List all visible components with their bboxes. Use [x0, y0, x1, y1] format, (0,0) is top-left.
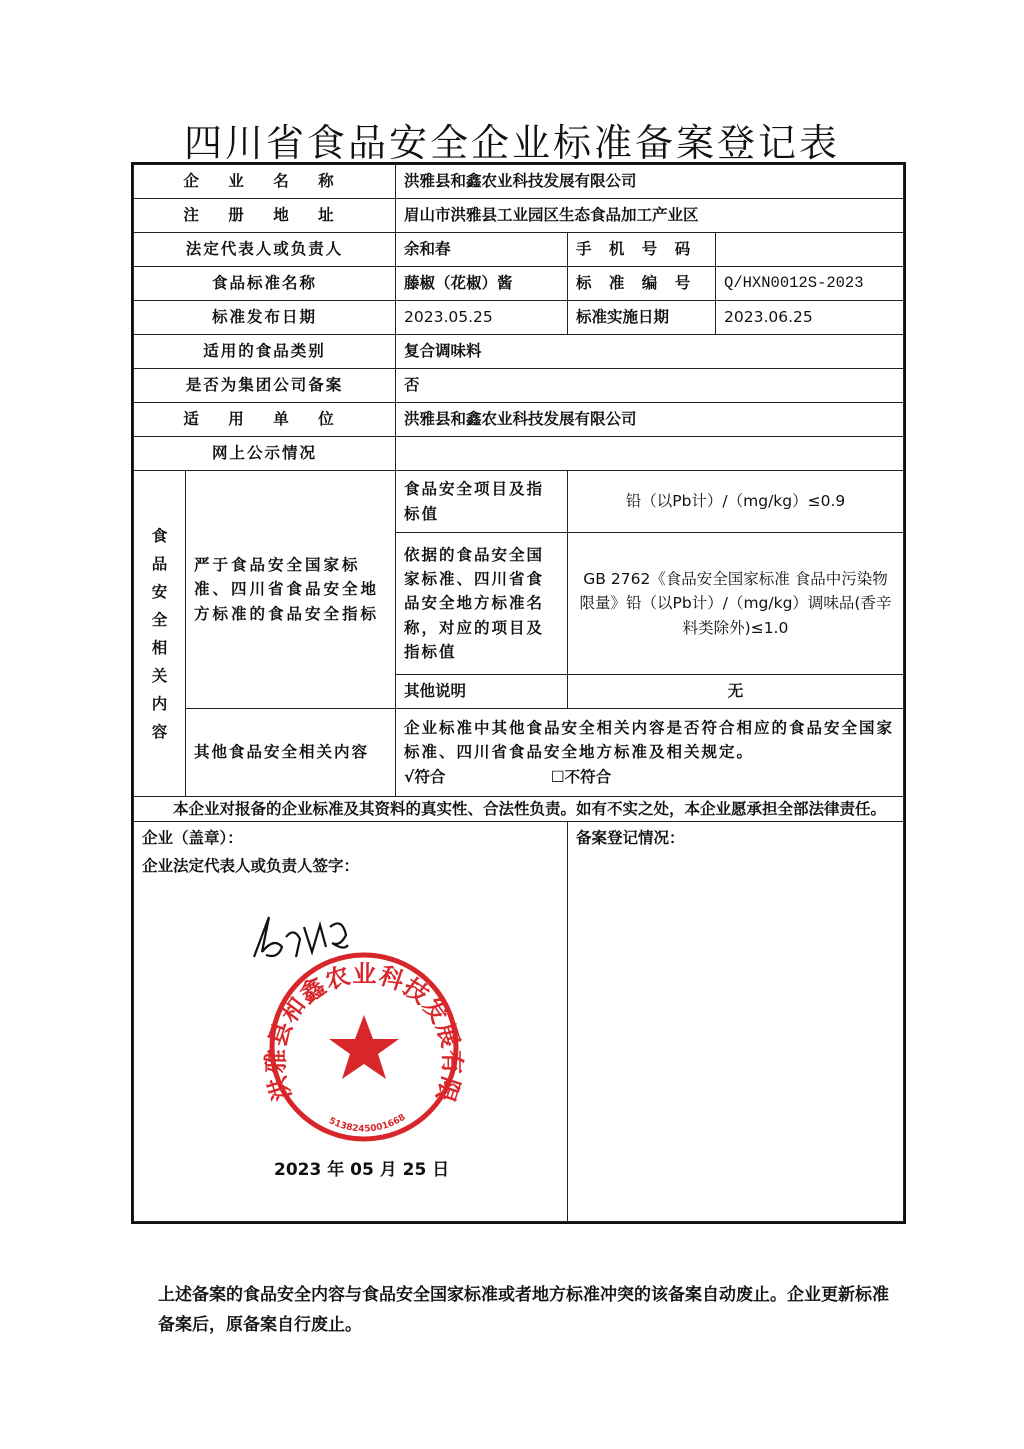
other-note-label: 其他说明	[396, 675, 568, 709]
section-char: 品	[134, 550, 185, 578]
footer-note: 上述备案的食品安全内容与食品安全国家标准或者地方标准冲突的该备案自动废止。企业更…	[158, 1280, 898, 1340]
section-char: 安	[134, 578, 185, 606]
section-char: 全	[134, 606, 185, 634]
signature-scribble	[254, 917, 348, 957]
other-content-text: 企业标准中其他食品安全相关内容是否符合相应的食品安全国家标准、四川省食品安全地方…	[404, 716, 895, 764]
row-group-filing: 是否为集团公司备案 否	[134, 369, 904, 403]
safety-section-label: 食品安全相关内容	[134, 471, 186, 797]
section-char: 内	[134, 690, 185, 718]
row-company-name: 企 业 名 称 洪雅县和鑫农业科技发展有限公司	[134, 165, 904, 199]
filing-status-cell: 备案登记情况：	[568, 822, 904, 1222]
page-title: 四川省食品安全企业标准备案登记表	[0, 112, 1024, 167]
row-applicable-unit: 适 用 单 位 洪雅县和鑫农业科技发展有限公司	[134, 403, 904, 437]
row-standard-name: 食品标准名称 藤椒（花椒）酱 标 准 编 号 Q/HXN0012S-2023	[134, 267, 904, 301]
applicable-unit-value: 洪雅县和鑫农业科技发展有限公司	[396, 403, 904, 437]
row-safety-item: 食品安全相关内容 严于食品安全国家标准、四川省食品安全地方标准的食品安全指标 食…	[134, 471, 904, 533]
company-name-label: 企 业 名 称	[134, 165, 396, 199]
company-stamp: 洪雅县和鑫农业科技发展有限公司 5138245001668 2023 年 05 …	[234, 897, 494, 1187]
online-public-label: 网上公示情况	[134, 437, 396, 471]
stricter-indicator-label: 严于食品安全国家标准、四川省食品安全地方标准的食品安全指标	[186, 471, 396, 709]
row-publish-date: 标准发布日期 2023.05.25 标准实施日期 2023.06.25	[134, 301, 904, 335]
address-label: 注 册 地 址	[134, 199, 396, 233]
registration-form: 企 业 名 称 洪雅县和鑫农业科技发展有限公司 注 册 地 址 眉山市洪雅县工业…	[131, 162, 906, 1224]
sign-label: 企业法定代表人或负责人签字：	[142, 854, 559, 878]
publish-date-label: 标准发布日期	[134, 301, 396, 335]
item-label: 食品安全项目及指标值	[396, 471, 568, 533]
applicable-unit-label: 适 用 单 位	[134, 403, 396, 437]
filing-status-label: 备案登记情况：	[576, 826, 895, 850]
svg-text:洪雅县和鑫农业科技发展有限公司: 洪雅县和鑫农业科技发展有限公司	[234, 897, 466, 1106]
impl-date-value: 2023.06.25	[716, 301, 904, 335]
row-online-public: 网上公示情况	[134, 437, 904, 471]
stamp-graphic: 洪雅县和鑫农业科技发展有限公司 5138245001668	[234, 897, 494, 1187]
company-name-value: 洪雅县和鑫农业科技发展有限公司	[396, 165, 904, 199]
address-value: 眉山市洪雅县工业园区生态食品加工产业区	[396, 199, 904, 233]
section-char: 食	[134, 522, 185, 550]
section-char: 相	[134, 634, 185, 662]
basis-label: 依据的食品安全国家标准、四川省食品安全地方标准名称，对应的项目及指标值	[396, 533, 568, 675]
section-char: 关	[134, 662, 185, 690]
online-public-value	[396, 437, 904, 471]
other-content-label: 其他食品安全相关内容	[186, 709, 396, 797]
phone-label: 手 机 号 码	[568, 233, 716, 267]
basis-value: GB 2762《食品安全国家标准 食品中污染物限量》铅（以Pb计）/（mg/kg…	[568, 533, 904, 675]
row-signature: 企业（盖章）： 企业法定代表人或负责人签字： 洪雅县和鑫农业科技发展有限公司 5…	[134, 822, 904, 1222]
item-value: 铅（以Pb计）/（mg/kg）≤0.9	[568, 471, 904, 533]
declaration-text: 本企业对报备的企业标准及其资料的真实性、合法性负责。如有不实之处，本企业愿承担全…	[134, 797, 904, 822]
phone-value	[716, 233, 904, 267]
stamp-star	[329, 1015, 399, 1079]
group-filing-value: 否	[396, 369, 904, 403]
row-declaration: 本企业对报备的企业标准及其资料的真实性、合法性负责。如有不实之处，本企业愿承担全…	[134, 797, 904, 822]
row-legal-rep: 法定代表人或负责人 余和春 手 机 号 码	[134, 233, 904, 267]
publish-date-value: 2023.05.25	[396, 301, 568, 335]
standard-name-label: 食品标准名称	[134, 267, 396, 301]
food-category-label: 适用的食品类别	[134, 335, 396, 369]
food-category-value: 复合调味料	[396, 335, 904, 369]
section-char: 容	[134, 718, 185, 746]
standard-name-value: 藤椒（花椒）酱	[396, 267, 568, 301]
row-other-content: 其他食品安全相关内容 企业标准中其他食品安全相关内容是否符合相应的食品安全国家标…	[134, 709, 904, 797]
seal-label: 企业（盖章）：	[142, 826, 559, 850]
compliance-options: √符合 ☐不符合	[404, 765, 895, 789]
signature-cell: 企业（盖章）： 企业法定代表人或负责人签字： 洪雅县和鑫农业科技发展有限公司 5…	[134, 822, 568, 1222]
row-address: 注 册 地 址 眉山市洪雅县工业园区生态食品加工产业区	[134, 199, 904, 233]
standard-code-label: 标 准 编 号	[568, 267, 716, 301]
comply-checkbox[interactable]: √符合	[404, 768, 445, 786]
legal-rep-label: 法定代表人或负责人	[134, 233, 396, 267]
group-filing-label: 是否为集团公司备案	[134, 369, 396, 403]
legal-rep-value: 余和春	[396, 233, 568, 267]
other-content-cell: 企业标准中其他食品安全相关内容是否符合相应的食品安全国家标准、四川省食品安全地方…	[396, 709, 904, 797]
impl-date-label: 标准实施日期	[568, 301, 716, 335]
standard-code-value: Q/HXN0012S-2023	[716, 267, 904, 301]
other-note-value: 无	[568, 675, 904, 709]
signature-date: 2023 年 05 月 25 日	[274, 1157, 449, 1183]
noncomply-checkbox[interactable]: ☐不符合	[551, 768, 611, 786]
row-food-category: 适用的食品类别 复合调味料	[134, 335, 904, 369]
